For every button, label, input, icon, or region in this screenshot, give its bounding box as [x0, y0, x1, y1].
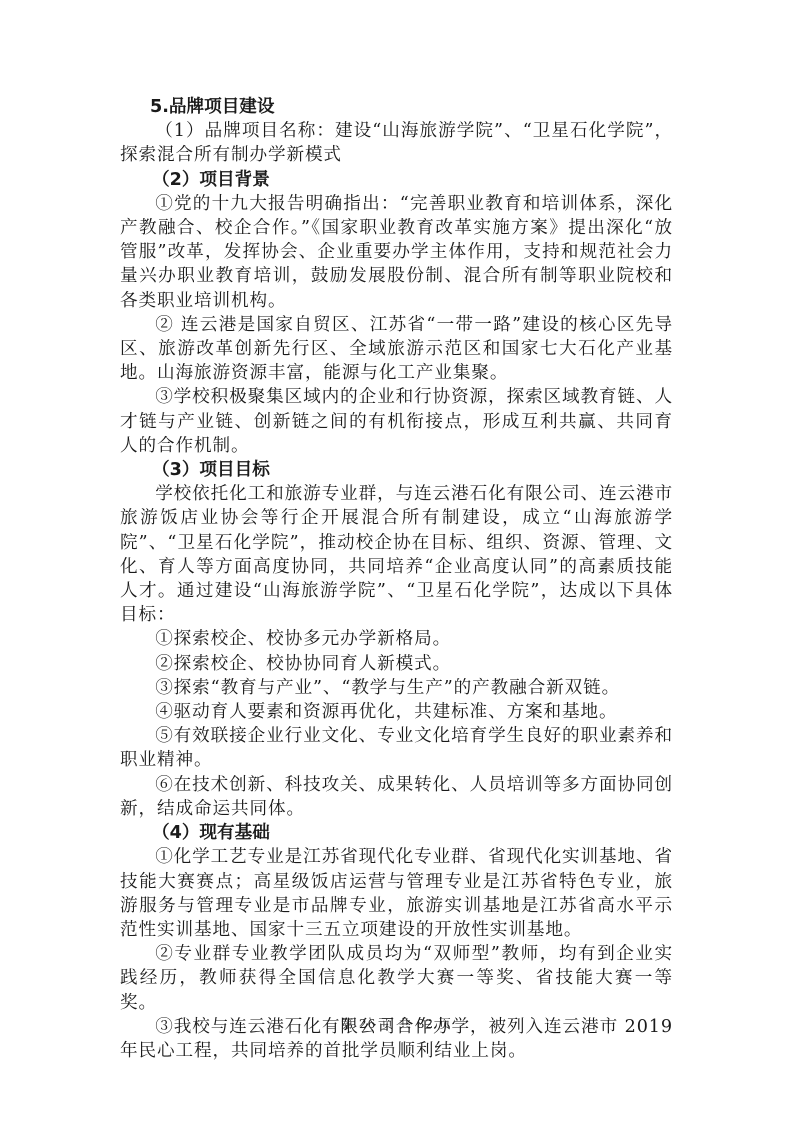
background-paragraph-1: ①党的十九大报告明确指出：“完善职业教育和培训体系，深化产教融合、校企合作。”《… — [120, 192, 673, 313]
project-name: （1）品牌项目名称：建设“山海旅游学院”、“卫星石化学院”，探索混合所有制办学新… — [120, 119, 673, 167]
heading-background: （2）项目背景 — [120, 168, 673, 192]
foundation-paragraph-1: ①化学工艺专业是江苏省现代化专业群、省现代化实训基地、省技能大赛赛点；高星级饭店… — [120, 845, 673, 942]
goal-item-3: ③探索“教育与产业”、“教学与生产”的产教融合新双链。 — [120, 676, 673, 700]
section-title: 5.品牌项目建设 — [120, 95, 673, 119]
goal-item-1: ①探索校企、校协多元办学新格局。 — [120, 627, 673, 651]
heading-goals: （3）项目目标 — [120, 458, 673, 482]
goal-item-6: ⑥在技术创新、科技攻关、成果转化、人员培训等多方面协同创新，结成命运共同体。 — [120, 773, 673, 821]
goal-item-4: ④驱动育人要素和资源再优化，共建标准、方案和基地。 — [120, 700, 673, 724]
foundation-paragraph-2: ②专业群专业教学团队成员均为“双师型”教师，均有到企业实践经历，教师获得全国信息… — [120, 942, 673, 1015]
document-page: 5.品牌项目建设 （1）品牌项目名称：建设“山海旅游学院”、“卫星石化学院”，探… — [120, 95, 673, 1063]
heading-foundation: （4）现有基础 — [120, 821, 673, 845]
goal-item-2: ②探索校企、校协协同育人新模式。 — [120, 652, 673, 676]
goals-intro: 学校依托化工和旅游专业群，与连云港石化有限公司、连云港市旅游饭店业协会等行企开展… — [120, 482, 673, 627]
goal-item-5: ⑤有效联接企业行业文化、专业文化培育学生良好的职业素养和职业精神。 — [120, 724, 673, 772]
background-paragraph-3: ③学校积极聚集区域内的企业和行协资源，探索区域教育链、人才链与产业链、创新链之间… — [120, 385, 673, 458]
page-number: 第 26 页 共 82 页 — [0, 1015, 793, 1032]
background-paragraph-2: ② 连云港是国家自贸区、江苏省“一带一路”建设的核心区先导区、旅游改革创新先行区… — [120, 313, 673, 386]
